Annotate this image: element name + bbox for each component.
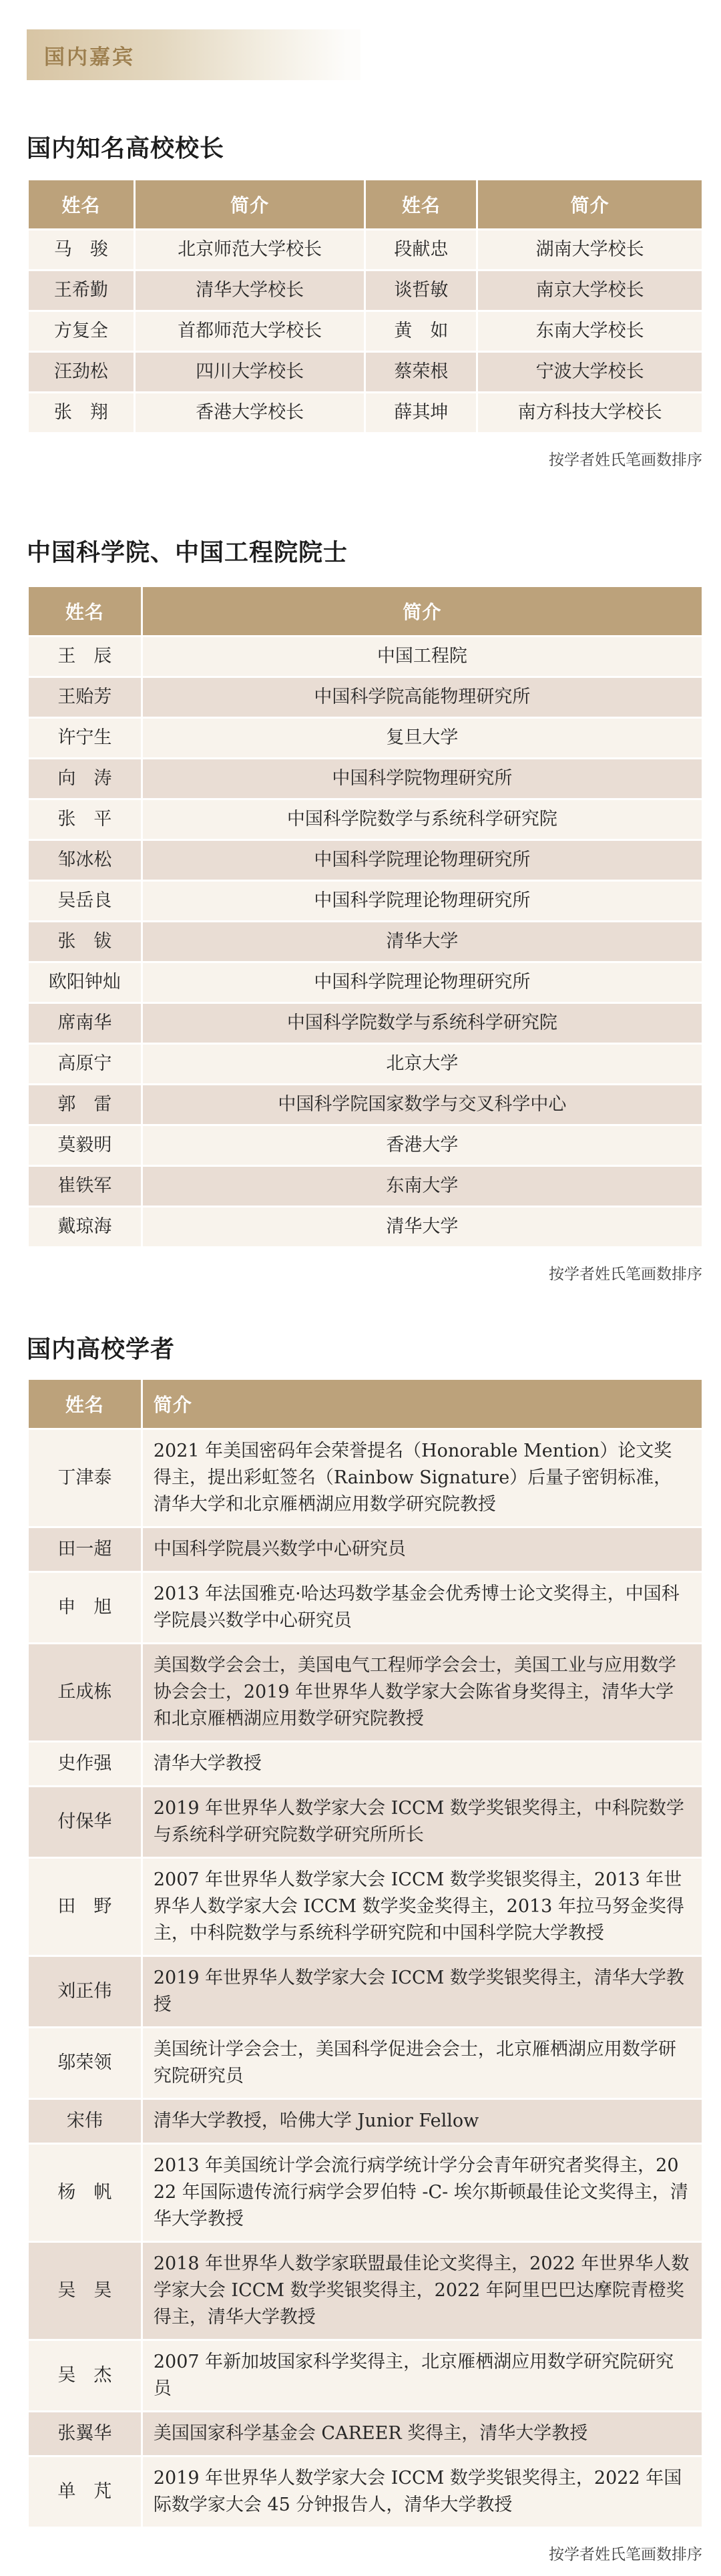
table-row: 吴 杰 2007 年新加坡国家科学奖得主，北京雁栖湖应用数学研究院研究员 bbox=[28, 2340, 703, 2412]
scholar-name: 田 野 bbox=[28, 1858, 142, 1956]
academician-name: 吴岳良 bbox=[28, 881, 142, 922]
scholar-name: 刘正伟 bbox=[28, 1956, 142, 2028]
table-row: 田一超 中国科学院晨兴数学中心研究员 bbox=[28, 1527, 703, 1572]
academician-intro: 中国科学院理论物理研究所 bbox=[142, 881, 702, 922]
scholar-name: 申 旭 bbox=[28, 1572, 142, 1644]
academicians-table: 姓名 简介 王 辰 中国工程院 王贻芳 中国科学院高能物理研究所 bbox=[27, 585, 704, 1248]
table-row: 王希勤 清华大学校长 谈哲敏 南京大学校长 bbox=[28, 270, 703, 311]
academician-intro: 复旦大学 bbox=[142, 718, 702, 759]
scholar-intro: 美国国家科学基金会 CAREER 奖得主，清华大学教授 bbox=[142, 2412, 702, 2456]
academician-name: 王 辰 bbox=[28, 636, 142, 677]
scholar-name: 宋伟 bbox=[28, 2099, 142, 2144]
table-row: 单 芃 2019 年世界华人数学家大会 ICCM 数学奖银奖得主，2022 年国… bbox=[28, 2456, 703, 2528]
sort-note: 按学者姓氏笔画数排序 bbox=[27, 1262, 702, 1284]
table-row: 欧阳钟灿 中国科学院理论物理研究所 bbox=[28, 962, 703, 1003]
scholar-name: 邬荣领 bbox=[28, 2028, 142, 2099]
president-intro: 清华大学校长 bbox=[134, 270, 365, 311]
president-name: 薛其坤 bbox=[365, 393, 477, 433]
section-title-presidents: 国内知名高校校长 bbox=[27, 130, 704, 164]
col-header-name: 姓名 bbox=[28, 1379, 142, 1429]
academician-intro: 中国工程院 bbox=[142, 636, 702, 677]
table-row: 史作强 清华大学教授 bbox=[28, 1742, 703, 1787]
president-name: 蔡荣根 bbox=[365, 352, 477, 393]
table-row: 崔铁军 东南大学 bbox=[28, 1166, 703, 1207]
banner-title: 国内嘉宾 bbox=[44, 40, 135, 70]
president-name: 马 骏 bbox=[28, 230, 135, 270]
president-intro: 东南大学校长 bbox=[477, 311, 703, 352]
section-presidents: 国内知名高校校长 姓名 简介 姓名 简介 马 骏 北京师范大学校长 bbox=[27, 130, 704, 470]
president-name: 黄 如 bbox=[365, 311, 477, 352]
academician-name: 王贻芳 bbox=[28, 677, 142, 718]
col-header-intro: 简介 bbox=[134, 180, 365, 230]
col-header-intro: 简介 bbox=[142, 586, 702, 636]
academician-name: 郭 雷 bbox=[28, 1085, 142, 1125]
table-row: 高原宁 北京大学 bbox=[28, 1044, 703, 1085]
section-title-scholars: 国内高校学者 bbox=[27, 1330, 704, 1364]
table-row: 吴 昊 2018 年世界华人数学家联盟最佳论文奖得主，2022 年世界华人数学家… bbox=[28, 2242, 703, 2340]
president-intro: 南方科技大学校长 bbox=[477, 393, 703, 433]
table-row: 汪劲松 四川大学校长 蔡荣根 宁波大学校长 bbox=[28, 352, 703, 393]
academician-intro: 中国科学院物理研究所 bbox=[142, 759, 702, 799]
table-row: 丁津泰 2021 年美国密码年会荣誉提名（Honorable Mention）论… bbox=[28, 1429, 703, 1527]
scholar-intro: 2019 年世界华人数学家大会 ICCM 数学奖银奖得主，2022 年国际数学家… bbox=[142, 2456, 702, 2528]
section-title-academicians: 中国科学院、中国工程院院士 bbox=[27, 534, 704, 568]
table-row: 张 翔 香港大学校长 薛其坤 南方科技大学校长 bbox=[28, 393, 703, 433]
scholar-intro: 2013 年法国雅克·哈达玛数学基金会优秀博士论文奖得主，中国科学院晨兴数学中心… bbox=[142, 1572, 702, 1644]
scholar-intro: 2013 年美国统计学会流行病学统计学分会青年研究者奖得主，2022 年国际遗传… bbox=[142, 2144, 702, 2242]
academician-intro: 清华大学 bbox=[142, 1207, 702, 1248]
scholar-name: 张翼华 bbox=[28, 2412, 142, 2456]
scholar-name: 史作强 bbox=[28, 1742, 142, 1787]
table-row: 王贻芳 中国科学院高能物理研究所 bbox=[28, 677, 703, 718]
col-header-name: 姓名 bbox=[28, 180, 135, 230]
president-intro: 香港大学校长 bbox=[134, 393, 365, 433]
academician-name: 莫毅明 bbox=[28, 1125, 142, 1166]
scholar-name: 单 芃 bbox=[28, 2456, 142, 2528]
table-row: 刘正伟 2019 年世界华人数学家大会 ICCM 数学奖银奖得主，清华大学教授 bbox=[28, 1956, 703, 2028]
president-name: 方复全 bbox=[28, 311, 135, 352]
academician-intro: 中国科学院数学与系统科学研究院 bbox=[142, 1003, 702, 1044]
table-row: 许宁生 复旦大学 bbox=[28, 718, 703, 759]
president-intro: 四川大学校长 bbox=[134, 352, 365, 393]
president-name: 汪劲松 bbox=[28, 352, 135, 393]
table-row: 邬荣领 美国统计学会会士，美国科学促进会会士，北京雁栖湖应用数学研究院研究员 bbox=[28, 2028, 703, 2099]
scholar-name: 杨 帆 bbox=[28, 2144, 142, 2242]
academician-name: 许宁生 bbox=[28, 718, 142, 759]
section-academicians: 中国科学院、中国工程院院士 姓名 简介 王 辰 中国工程院 bbox=[27, 534, 704, 1284]
table-row: 向 涛 中国科学院物理研究所 bbox=[28, 759, 703, 799]
table-row: 吴岳良 中国科学院理论物理研究所 bbox=[28, 881, 703, 922]
academician-intro: 中国科学院理论物理研究所 bbox=[142, 962, 702, 1003]
president-name: 谈哲敏 bbox=[365, 270, 477, 311]
col-header-name: 姓名 bbox=[28, 586, 142, 636]
president-intro: 南京大学校长 bbox=[477, 270, 703, 311]
table-row: 戴琼海 清华大学 bbox=[28, 1207, 703, 1248]
scholar-intro: 2019 年世界华人数学家大会 ICCM 数学奖银奖得主，清华大学教授 bbox=[142, 1956, 702, 2028]
academician-name: 张 钹 bbox=[28, 922, 142, 962]
scholar-intro: 2021 年美国密码年会荣誉提名（Honorable Mention）论文奖得主… bbox=[142, 1429, 702, 1527]
scholar-intro: 美国统计学会会士，美国科学促进会会士，北京雁栖湖应用数学研究院研究员 bbox=[142, 2028, 702, 2099]
president-intro: 北京师范大学校长 bbox=[134, 230, 365, 270]
academician-intro: 北京大学 bbox=[142, 1044, 702, 1085]
academician-intro: 东南大学 bbox=[142, 1166, 702, 1207]
president-intro: 首都师范大学校长 bbox=[134, 311, 365, 352]
scholar-intro: 2007 年世界华人数学家大会 ICCM 数学奖银奖得主，2013 年世界华人数… bbox=[142, 1858, 702, 1956]
scholar-name: 吴 昊 bbox=[28, 2242, 142, 2340]
academician-intro: 中国科学院数学与系统科学研究院 bbox=[142, 799, 702, 840]
table-row: 王 辰 中国工程院 bbox=[28, 636, 703, 677]
table-row: 张 钹 清华大学 bbox=[28, 922, 703, 962]
col-header-name: 姓名 bbox=[365, 180, 477, 230]
sort-note: 按学者姓氏笔画数排序 bbox=[27, 2542, 702, 2564]
scholar-name: 付保华 bbox=[28, 1787, 142, 1858]
table-row: 张翼华 美国国家科学基金会 CAREER 奖得主，清华大学教授 bbox=[28, 2412, 703, 2456]
academician-name: 高原宁 bbox=[28, 1044, 142, 1085]
academician-name: 欧阳钟灿 bbox=[28, 962, 142, 1003]
col-header-intro: 简介 bbox=[142, 1379, 702, 1429]
scholar-intro: 中国科学院晨兴数学中心研究员 bbox=[142, 1527, 702, 1572]
scholar-intro: 清华大学教授，哈佛大学 Junior Fellow bbox=[142, 2099, 702, 2144]
table-row: 田 野 2007 年世界华人数学家大会 ICCM 数学奖银奖得主，2013 年世… bbox=[28, 1858, 703, 1956]
scholar-intro: 清华大学教授 bbox=[142, 1742, 702, 1787]
academician-name: 崔铁军 bbox=[28, 1166, 142, 1207]
table-row: 宋伟 清华大学教授，哈佛大学 Junior Fellow bbox=[28, 2099, 703, 2144]
academicians-table-header: 姓名 简介 bbox=[28, 586, 703, 636]
table-row: 郭 雷 中国科学院国家数学与交叉科学中心 bbox=[28, 1085, 703, 1125]
table-row: 马 骏 北京师范大学校长 段献忠 湖南大学校长 bbox=[28, 230, 703, 270]
presidents-table-body: 马 骏 北京师范大学校长 段献忠 湖南大学校长 王希勤 清华大学校长 谈哲敏 南… bbox=[28, 230, 703, 433]
table-row: 丘成栋 美国数学会会士，美国电气工程师学会会士，美国工业与应用数学协会会士，20… bbox=[28, 1644, 703, 1742]
academician-intro: 中国科学院理论物理研究所 bbox=[142, 840, 702, 881]
scholar-name: 吴 杰 bbox=[28, 2340, 142, 2412]
scholars-table-body: 丁津泰 2021 年美国密码年会荣誉提名（Honorable Mention）论… bbox=[28, 1429, 703, 2528]
scholar-intro: 2018 年世界华人数学家联盟最佳论文奖得主，2022 年世界华人数学家大会 I… bbox=[142, 2242, 702, 2340]
president-name: 张 翔 bbox=[28, 393, 135, 433]
table-row: 方复全 首都师范大学校长 黄 如 东南大学校长 bbox=[28, 311, 703, 352]
scholars-table: 姓名 简介 丁津泰 2021 年美国密码年会荣誉提名（Honorable Men… bbox=[27, 1378, 704, 2529]
presidents-table: 姓名 简介 姓名 简介 马 骏 北京师范大学校长 段献忠 湖南大学校长 bbox=[27, 178, 704, 434]
presidents-table-header: 姓名 简介 姓名 简介 bbox=[28, 180, 703, 230]
scholar-name: 丘成栋 bbox=[28, 1644, 142, 1742]
president-intro: 宁波大学校长 bbox=[477, 352, 703, 393]
academician-intro: 中国科学院国家数学与交叉科学中心 bbox=[142, 1085, 702, 1125]
table-row: 席南华 中国科学院数学与系统科学研究院 bbox=[28, 1003, 703, 1044]
academician-name: 戴琼海 bbox=[28, 1207, 142, 1248]
scholar-intro: 美国数学会会士，美国电气工程师学会会士，美国工业与应用数学协会会士，2019 年… bbox=[142, 1644, 702, 1742]
president-intro: 湖南大学校长 bbox=[477, 230, 703, 270]
academician-name: 向 涛 bbox=[28, 759, 142, 799]
table-row: 莫毅明 香港大学 bbox=[28, 1125, 703, 1166]
scholar-intro: 2007 年新加坡国家科学奖得主，北京雁栖湖应用数学研究院研究员 bbox=[142, 2340, 702, 2412]
table-row: 申 旭 2013 年法国雅克·哈达玛数学基金会优秀博士论文奖得主，中国科学院晨兴… bbox=[28, 1572, 703, 1644]
academician-intro: 中国科学院高能物理研究所 bbox=[142, 677, 702, 718]
page-content: 国内嘉宾 国内知名高校校长 姓名 简介 姓名 简介 马 骏 北 bbox=[27, 0, 704, 2576]
academician-name: 邹冰松 bbox=[28, 840, 142, 881]
academicians-table-body: 王 辰 中国工程院 王贻芳 中国科学院高能物理研究所 许宁生 复旦大学 bbox=[28, 636, 703, 1248]
academician-name: 席南华 bbox=[28, 1003, 142, 1044]
section-scholars: 国内高校学者 姓名 简介 丁津泰 2021 年美国密码年会荣誉提名（Honora… bbox=[27, 1330, 704, 2564]
col-header-intro: 简介 bbox=[477, 180, 703, 230]
scholar-name: 丁津泰 bbox=[28, 1429, 142, 1527]
scholar-name: 田一超 bbox=[28, 1527, 142, 1572]
table-row: 邹冰松 中国科学院理论物理研究所 bbox=[28, 840, 703, 881]
domestic-guests-banner: 国内嘉宾 bbox=[27, 29, 360, 80]
table-row: 杨 帆 2013 年美国统计学会流行病学统计学分会青年研究者奖得主，2022 年… bbox=[28, 2144, 703, 2242]
table-row: 张 平 中国科学院数学与系统科学研究院 bbox=[28, 799, 703, 840]
president-name: 王希勤 bbox=[28, 270, 135, 311]
president-name: 段献忠 bbox=[365, 230, 477, 270]
scholar-intro: 2019 年世界华人数学家大会 ICCM 数学奖银奖得主，中科院数学与系统科学研… bbox=[142, 1787, 702, 1858]
scholars-table-header: 姓名 简介 bbox=[28, 1379, 703, 1429]
academician-name: 张 平 bbox=[28, 799, 142, 840]
table-row: 付保华 2019 年世界华人数学家大会 ICCM 数学奖银奖得主，中科院数学与系… bbox=[28, 1787, 703, 1858]
sort-note: 按学者姓氏笔画数排序 bbox=[27, 447, 702, 470]
academician-intro: 清华大学 bbox=[142, 922, 702, 962]
academician-intro: 香港大学 bbox=[142, 1125, 702, 1166]
